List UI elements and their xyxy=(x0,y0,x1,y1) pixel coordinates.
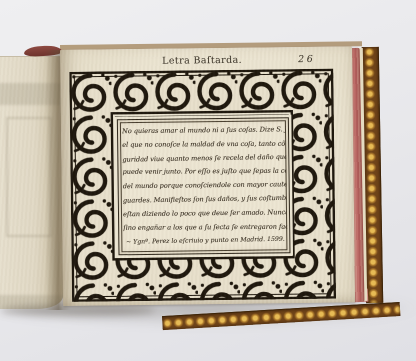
photo-backdrop: Letra Baſtarda. 26 xyxy=(0,0,416,361)
scribe-signature: ~ Ygnº. Perez lo eſcriuio y punto en Mad… xyxy=(123,233,287,249)
calligraphy-text: No quieras amar al mundo ni a ſus coſas.… xyxy=(122,123,288,252)
right-page: Letra Baſtarda. 26 xyxy=(60,46,355,306)
calligraphy-line: eſtan diziendo lo poco que deue ſer amad… xyxy=(123,206,287,222)
left-page-shadow xyxy=(0,305,155,316)
calligraphy-line: guardes. Manifieſtos ſon ſus daños, y ſu… xyxy=(123,192,287,209)
page-number: 26 xyxy=(298,54,315,65)
calligraphy-panel: No quieras amar al mundo ni a ſus coſas.… xyxy=(117,117,291,255)
calligraphy-line: el que no conoſce la maldad de vna coſa,… xyxy=(122,137,286,152)
calligraphy-line: No quieras amar al mundo ni a ſus coſas.… xyxy=(122,123,286,139)
calligraphy-line: puede venir junto. Por eſſo es juſto que… xyxy=(122,165,286,180)
page-title: Letra Baſtarda. xyxy=(162,55,242,67)
